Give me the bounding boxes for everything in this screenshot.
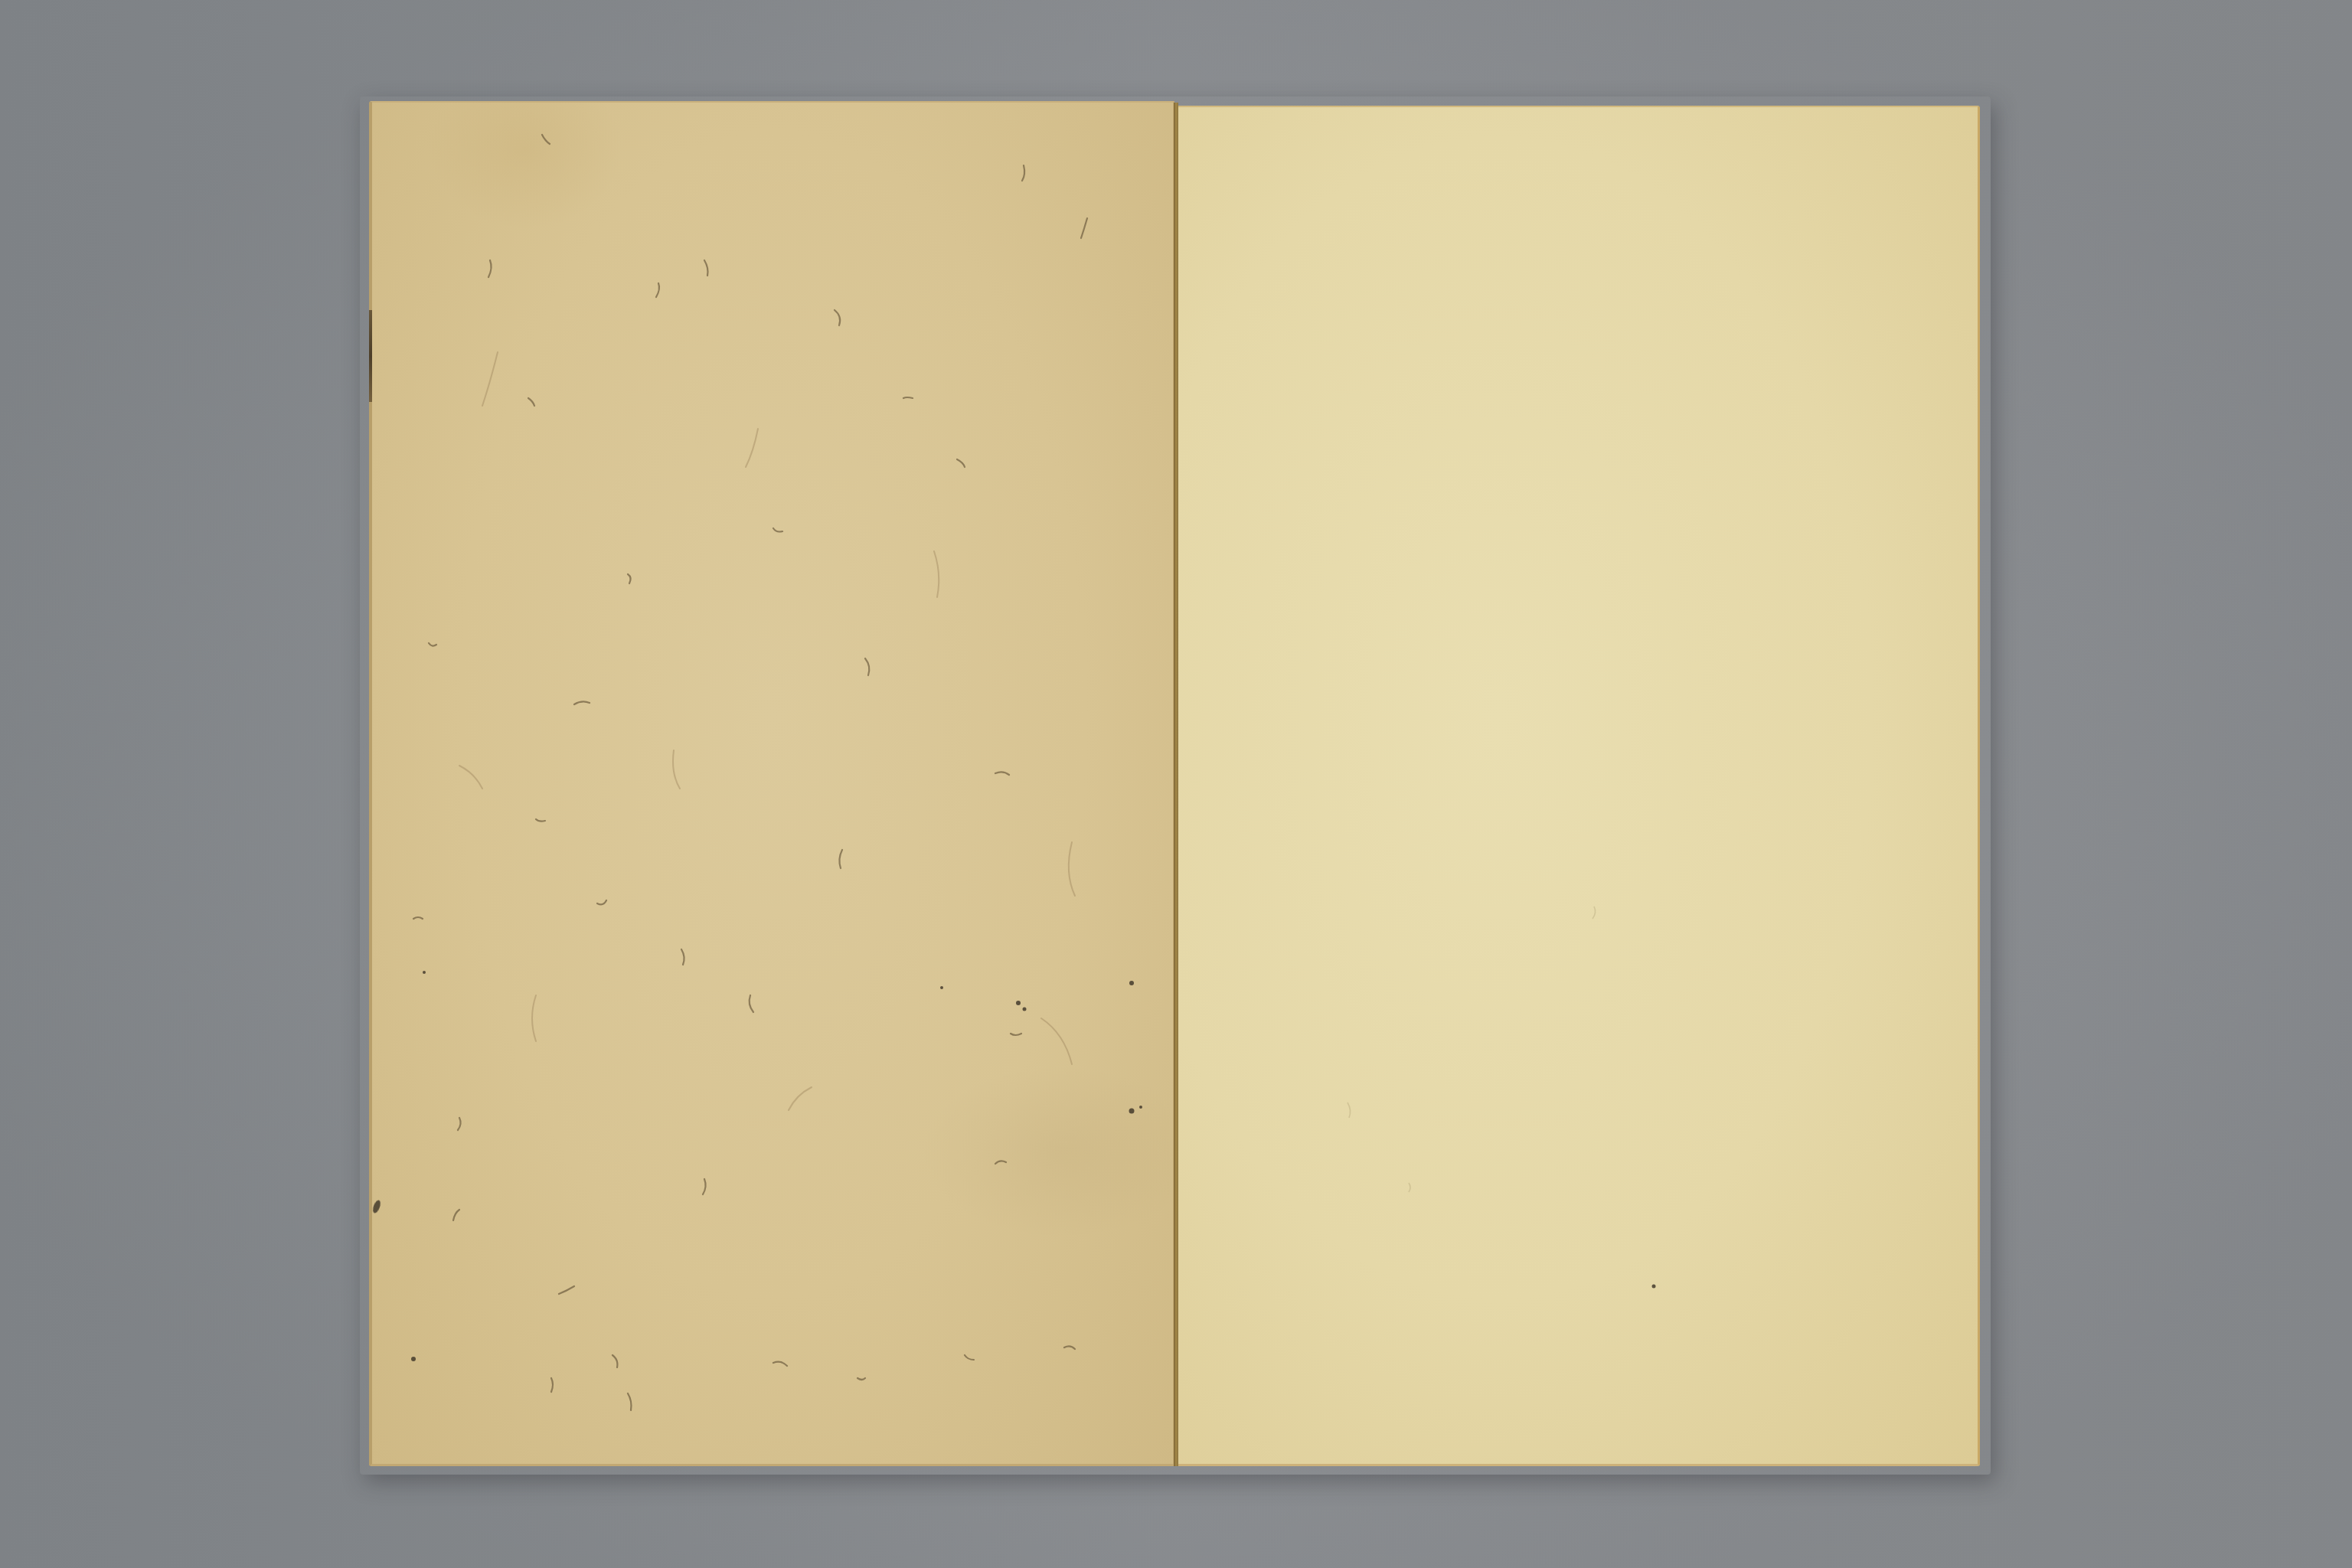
right-page [1178,106,1980,1466]
binding-mark [369,310,372,402]
left-page [369,101,1174,1466]
